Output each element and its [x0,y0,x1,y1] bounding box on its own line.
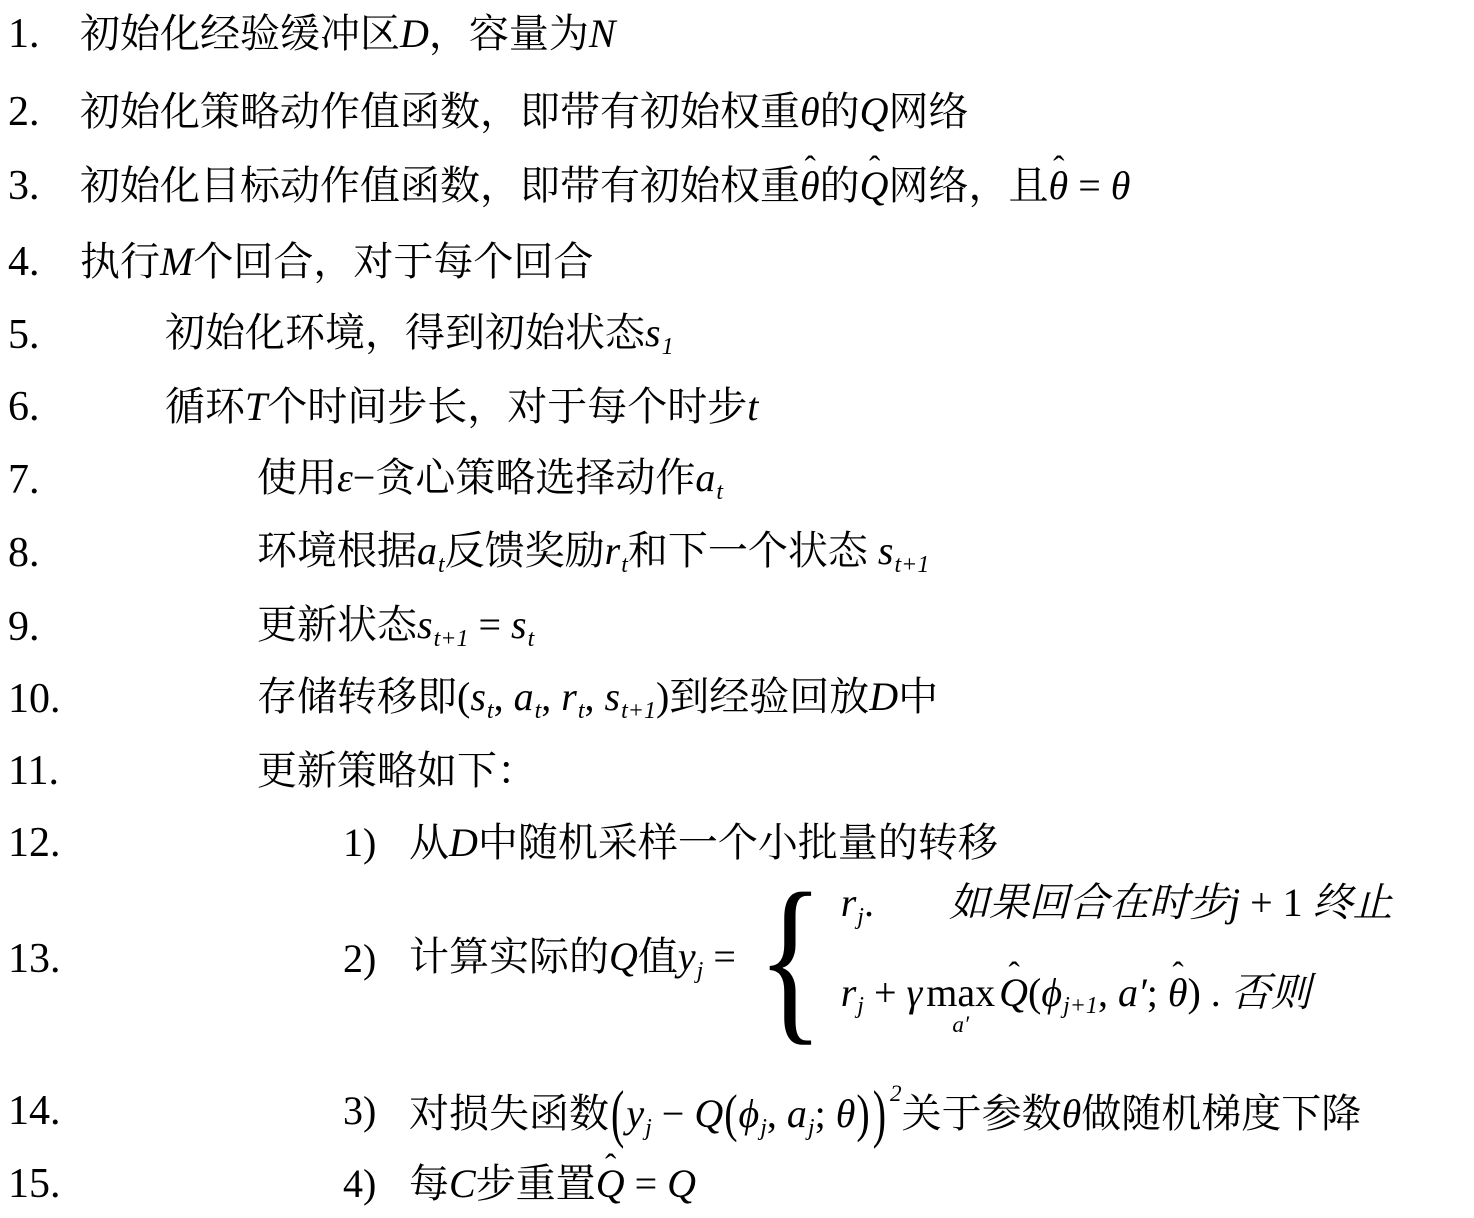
text-segment: 网络，且 [889,163,1049,208]
cases-rows: rj.如果回合在时步j + 1 终止rj + γmaxa′ˆQ(ϕj+1, a′… [841,878,1393,1040]
algorithm-line: 6.循环T个时间步长，对于每个时步t [8,381,1470,434]
line-number: 4. [8,236,80,289]
line-number: 14. [8,1085,80,1138]
line-number: 7. [8,454,80,507]
subscript: j [645,1115,652,1141]
math-variable: T [245,384,267,429]
algorithm-line: 11.更新策略如下： [8,745,1470,798]
math-variable: yj [678,934,703,979]
text-segment: 对损失函数 [409,1091,609,1136]
cases-group: {rj.如果回合在时步j + 1 终止rj + γmaxa′ˆQ(ϕj+1, a… [746,878,1393,1040]
line-number: 9. [8,601,80,654]
line-content: 使用ε−贪心策略选择动作at [257,453,723,507]
algorithm-line: 15.4)每C步重置ˆQ = Q [8,1158,1470,1211]
subscript: t+1 [434,626,469,652]
text-segment: , [1098,970,1118,1015]
page: { "page": { "background_color": "#ffffff… [0,0,1474,1218]
math-variable: a [787,1091,807,1136]
math-variable: θ [836,1091,856,1136]
subscript: t [621,552,628,578]
subscript: j [760,1115,767,1141]
math-variable: s [645,310,661,355]
text-segment: . [864,880,874,925]
line-content: 3)对损失函数(yj − Q(ϕj, aj; θ))2关于参数θ做随机梯度下降 [343,1080,1361,1143]
text-segment: 计算实际的 [409,934,609,979]
math-variable: D [400,11,429,56]
math-variable: r [561,674,577,719]
math-variable: st [511,602,534,647]
text-segment: 做随机梯度下降 [1081,1091,1361,1136]
math-variable: θ [800,89,820,134]
hat-accent: ˆθ [800,161,820,211]
hat-icon: ˆ [605,1146,616,1189]
line-number: 15. [8,1158,80,1211]
math-variable: Q [694,1091,723,1136]
condition-text: 终止 [1313,880,1393,925]
inline-run: 初始化目标动作值函数，即带有初始权重ˆθ的ˆQ网络，且ˆθ = θ [80,161,1130,211]
text-segment: 执行 [80,239,160,284]
big-paren: ) [856,1081,869,1147]
math-variable: θ [1062,1091,1082,1136]
hat-icon: ˆ [805,148,816,191]
line-number: 6. [8,381,80,434]
math-variable: r [605,528,621,573]
algorithm-line: 13.2)计算实际的Q值yj = {rj.如果回合在时步j + 1 终止rj +… [8,878,1470,1040]
hat-icon: ˆ [1008,954,1019,997]
max-word: max [926,968,995,1018]
line-content: 2)计算实际的Q值yj = {rj.如果回合在时步j + 1 终止rj + γm… [343,878,1393,1040]
big-paren: ( [724,1081,737,1147]
text-segment: 网络 [889,89,969,134]
line-content: 1)从D中随机采样一个小批量的转移 [343,818,998,868]
inline-run: 初始化环境，得到初始状态s1 [165,308,674,362]
text-segment: 环境根据 [257,528,417,573]
text-segment: 和下一个状态 [628,528,878,573]
text-segment: + 1 [1240,880,1313,925]
inline-run: 从D中随机采样一个小批量的转移 [409,818,998,868]
brace-icon: { [757,887,824,1031]
text-segment: 初始化经验缓冲区 [80,11,400,56]
math-variable: st+1 [878,528,929,573]
subscript: t [528,626,535,652]
text-segment: , [541,674,561,719]
line-number: 10. [8,673,80,726]
inline-run: 更新策略如下： [257,746,537,796]
text-segment: ; [815,1091,836,1136]
math-variable: s1 [645,310,674,355]
text-segment: 的 [820,89,860,134]
math-variable: s [470,674,486,719]
hat-icon: ˆ [1053,148,1064,191]
text-segment: = [1068,163,1111,208]
math-variable: at [514,674,542,719]
subscript: j+1 [1063,993,1098,1019]
math-variable: s [878,528,894,573]
math-variable: y [678,934,696,979]
text-segment: 循环 [165,384,245,429]
text-segment: 从 [409,820,449,865]
cases-row: rj.如果回合在时步j + 1 终止 [841,878,1393,932]
subscript: t+1 [895,552,930,578]
inline-run: 更新状态st+1 = st [257,600,534,654]
sub-item-marker: 1) [343,818,409,868]
sub-item-marker: 4) [343,1159,409,1209]
math-variable: a [417,528,437,573]
text-segment: 中随机采样一个小批量的转移 [478,820,998,865]
line-content: 初始化经验缓冲区D，容量为N [80,9,616,59]
text-segment: )到经验回放 [656,674,869,719]
hat-accent: ˆθ [1168,968,1188,1018]
max-under: a′ [952,1011,969,1040]
math-variable: a [514,674,534,719]
sub-item-marker: 2) [343,934,409,984]
cases-row: rj + γmaxa′ˆQ(ϕj+1, a′; ˆθ) . 否则 [841,968,1393,1041]
text-segment: 初始化环境，得到初始状态 [165,310,645,355]
algorithm-line: 4.执行M个回合，对于每个回合 [8,236,1470,289]
math-variable: aj [787,1091,815,1136]
line-content: 更新状态st+1 = st [257,600,534,654]
line-number: 8. [8,527,80,580]
math-variable: at [695,455,723,500]
text-segment: 初始化目标动作值函数，即带有初始权重 [80,163,800,208]
superscript: 2 [890,1081,902,1107]
math-variable: yj [626,1091,651,1136]
inline-run: 存储转移即(st, at, rt, st+1)到经验回放D中 [257,672,938,726]
text-segment: 更新策略如下： [257,748,537,793]
math-variable: st+1 [417,602,468,647]
math-variable: γ [907,970,923,1015]
text-segment: − [353,455,376,500]
inline-run: 初始化经验缓冲区D，容量为N [80,9,616,59]
line-content: 存储转移即(st, at, rt, st+1)到经验回放D中 [257,672,938,726]
text-segment: 初始化策略动作值函数，即带有初始权重 [80,89,800,134]
text-segment: 反馈奖励 [445,528,605,573]
inline-run: 执行M个回合，对于每个回合 [80,237,593,287]
line-number: 12. [8,817,80,870]
math-variable: r [841,970,857,1015]
algorithm-line: 14.3)对损失函数(yj − Q(ϕj, aj; θ))2关于参数θ做随机梯度… [8,1080,1470,1143]
algorithm-line: 8.环境根据at反馈奖励rt和下一个状态 st+1 [8,526,1470,580]
text-segment: 存储转移即( [257,674,470,719]
text-segment: , [767,1091,787,1136]
subscript: 1 [662,334,674,360]
math-variable: st [470,674,493,719]
inline-run: 环境根据at反馈奖励rt和下一个状态 st+1 [257,526,929,580]
math-variable: θ [1111,163,1131,208]
text-segment: 贪心策略选择动作 [375,455,695,500]
line-content: 初始化策略动作值函数，即带有初始权重θ的Q网络 [80,87,969,137]
math-variable: rt [605,528,628,573]
big-paren: ) [873,1073,886,1154]
math-variable: rj [841,970,864,1015]
algorithm-line: 12.1)从D中随机采样一个小批量的转移 [8,817,1470,870]
math-variable: C [449,1161,476,1206]
math-variable: at [417,528,445,573]
math-variable: D [869,674,898,719]
hat-accent: ˆQ [860,161,889,211]
text-segment: 的 [820,163,860,208]
line-number: 1. [8,8,80,61]
line-number: 13. [8,933,80,986]
math-variable: a′ [1118,970,1147,1015]
text-segment: , [494,674,514,719]
hat-accent: ˆθ [1049,161,1069,211]
subscript: t [487,698,494,724]
math-variable: D [449,820,478,865]
inline-run: 循环T个时间步长，对于每个时步t [165,382,758,432]
hat-accent: ˆQ [999,968,1028,1018]
hat-accent: ˆQ [596,1159,625,1209]
sub-item-marker: 3) [343,1086,409,1136]
text-segment: 值 [638,934,678,979]
algorithm-line: 9.更新状态st+1 = st [8,600,1470,654]
line-content: 环境根据at反馈奖励rt和下一个状态 st+1 [257,526,929,580]
subscript: t [716,479,723,505]
math-variable: ε [337,455,353,500]
text-segment: 使用 [257,455,337,500]
text-segment: 个时间步长，对于每个时步 [267,384,747,429]
algorithm-line: 7.使用ε−贪心策略选择动作at [8,453,1470,507]
algorithm-line: 2.初始化策略动作值函数，即带有初始权重θ的Q网络 [8,86,1470,139]
math-variable: N [589,11,616,56]
math-variable: ϕ [1041,970,1062,1015]
text-segment: , [585,674,605,719]
line-number: 3. [8,160,80,213]
subscript: t+1 [621,698,656,724]
line-content: 更新策略如下： [257,746,537,796]
math-variable: ϕ [739,1091,760,1136]
text-segment: ，容量为 [429,11,589,56]
text-segment: ; [1147,970,1168,1015]
condition-text: 否则 [1231,970,1311,1015]
line-content: 执行M个回合，对于每个回合 [80,237,593,287]
text-segment: 每 [409,1161,449,1206]
big-paren: ( [611,1073,624,1154]
line-number: 11. [8,745,80,798]
math-variable: j [1229,880,1240,925]
math-variable: Q [609,934,638,979]
hat-icon: ˆ [869,148,880,191]
math-variable: st+1 [605,674,656,719]
text-segment: 关于参数 [902,1091,1062,1136]
math-variable: y [626,1091,644,1136]
text-segment: 中 [898,674,938,719]
algorithm-line: 5.初始化环境，得到初始状态s1 [8,308,1470,362]
math-variable: s [417,602,433,647]
math-variable: s [511,602,527,647]
subscript: j [857,904,864,930]
inline-run: 初始化策略动作值函数，即带有初始权重θ的Q网络 [80,87,969,137]
math-variable: ϕj+1 [1041,970,1098,1015]
text-segment: = [468,602,511,647]
text-segment: 步重置 [476,1161,596,1206]
math-variable: Q [860,89,889,134]
line-content: 循环T个时间步长，对于每个时步t [165,382,758,432]
hat-icon: ˆ [1172,954,1183,997]
text-segment: ( [1028,970,1041,1015]
math-variable: rj [841,880,864,925]
line-number: 2. [8,86,80,139]
math-variable: ϕj [739,1091,767,1136]
algorithm-line: 10.存储转移即(st, at, rt, st+1)到经验回放D中 [8,672,1470,726]
text-segment: 个回合，对于每个回合 [193,239,593,284]
algorithm-line: 3.初始化目标动作值函数，即带有初始权重ˆθ的ˆQ网络，且ˆθ = θ [8,160,1470,213]
text-segment: ) . [1187,970,1230,1015]
math-variable: t [747,384,758,429]
text-segment: = [625,1161,668,1206]
math-variable: M [160,239,193,284]
line-content: 初始化目标动作值函数，即带有初始权重ˆθ的ˆQ网络，且ˆθ = θ [80,161,1130,211]
text-segment: + [864,970,907,1015]
text-segment: 更新状态 [257,602,417,647]
algorithm-line: 1.初始化经验缓冲区D，容量为N [8,8,1470,61]
subscript: t [438,552,445,578]
math-variable: s [605,674,621,719]
subscript: j [808,1115,815,1141]
math-variable: rt [561,674,584,719]
inline-run: 计算实际的Q值yj = [409,932,746,986]
math-variable: r [841,880,857,925]
math-variable: a [695,455,715,500]
line-content: 4)每C步重置ˆQ = Q [343,1159,696,1209]
condition-text: 如果回合在时步 [949,880,1229,925]
text-segment: = [703,934,746,979]
inline-run: 每C步重置ˆQ = Q [409,1159,696,1209]
max-operator: maxa′ [926,968,995,1041]
subscript: j [857,993,864,1019]
line-number: 5. [8,309,80,362]
inline-run: 使用ε−贪心策略选择动作at [257,453,723,507]
math-variable: Q [667,1161,696,1206]
subscript: t [578,698,585,724]
inline-run: 对损失函数(yj − Q(ϕj, aj; θ))2关于参数θ做随机梯度下降 [409,1080,1361,1143]
text-segment: − [652,1091,695,1136]
line-content: 初始化环境，得到初始状态s1 [165,308,674,362]
